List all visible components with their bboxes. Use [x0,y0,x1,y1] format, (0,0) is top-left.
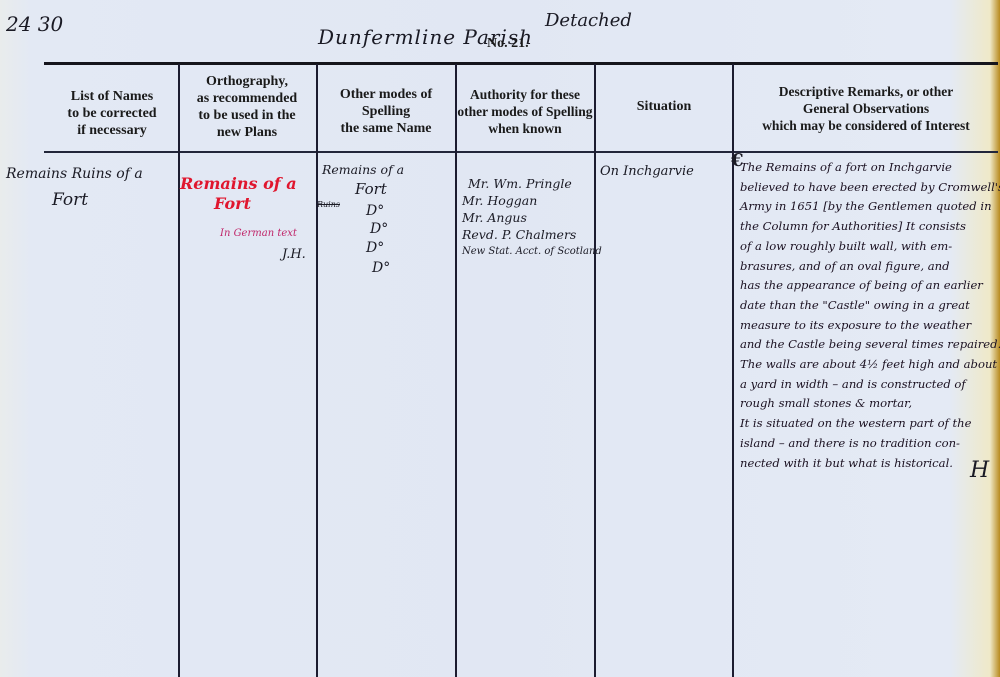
header-list-of-names: List of Names to be corrected if necessa… [48,88,176,139]
header-top-rule [44,62,998,65]
remarks-line: the Column for Authorities] It consists [740,217,1000,237]
authority-list: Mr. Wm. Pringle Mr. Hoggan Mr. Angus Rev… [462,175,602,260]
other-modes-ditto: D° [366,240,384,257]
name-entry-line1: Remains Ruins of a [6,166,143,182]
orthography-primary-line2: Fort [214,194,251,213]
header-bottom-rule [44,151,998,153]
header-remarks: Descriptive Remarks, or other General Ob… [735,83,997,134]
column-divider [455,64,457,677]
column-divider [594,64,596,677]
remarks-line: measure to its exposure to the weather [740,316,1000,336]
other-modes-struck: Ruins [317,200,340,209]
remarks-line: believed to have been erected by Cromwel… [740,178,1000,198]
remarks-line: Army in 1651 [by the Gentlemen quoted in [740,197,1000,217]
authority-item: Mr. Wm. Pringle [462,175,602,192]
column-divider [178,64,180,677]
remarks-line: rough small stones & mortar, [740,394,1000,414]
other-modes-line1: Remains of a [322,162,404,177]
remarks-line: It is situated on the western part of th… [740,414,1000,434]
page-reference: 24 30 [6,12,63,36]
remarks-line: The Remains of a fort on Inchgarvie [740,158,1000,178]
other-modes-line2: Fort [355,180,387,198]
remarks-line: The walls are about 4½ feet high and abo… [740,355,1000,375]
orthography-initials: J.H. [282,247,306,262]
other-modes-ditto: D° [366,203,384,220]
column-divider [316,64,318,677]
name-entry-line2: Fort [52,190,88,210]
other-modes-ditto: D° [372,260,390,277]
remarks-line: brasures, and of an oval figure, and [740,257,1000,277]
header-other-modes: Other modes of Spelling the same Name [318,86,454,137]
header-authority: Authority for these other modes of Spell… [456,86,594,137]
authority-item: Revd. P. Chalmers [462,226,602,243]
header-situation: Situation [596,98,732,115]
remarks-entry: The Remains of a fort on Inchgarvie beli… [740,158,1000,473]
remarks-line: nected with it but what is historical. [740,454,1000,474]
remarks-line: and the Castle being several times repai… [740,335,1000,355]
orthography-note: In German text [220,228,297,239]
page-number: No. 21. [487,36,529,52]
header-orthography: Orthography, as recommended to be used i… [180,73,314,141]
remarks-line: a yard in width – and is constructed of [740,375,1000,395]
authority-item: Mr. Angus [462,209,602,226]
authority-item: New Stat. Acct. of Scotland [462,243,602,260]
remarks-end-mark: H [970,458,989,483]
situation-entry: On Inchgarvie [600,164,694,179]
remarks-line: of a low roughly built wall, with em- [740,237,1000,257]
other-modes-ditto: D° [370,221,388,238]
authority-item: Mr. Hoggan [462,192,602,209]
remarks-line: has the appearance of being of an earlie… [740,276,1000,296]
remarks-line: date than the "Castle" owing in a great [740,296,1000,316]
parish-subtitle: Detached [545,10,632,31]
orthography-primary-line1: Remains of a [180,174,297,193]
remarks-line: island – and there is no tradition con- [740,434,1000,454]
